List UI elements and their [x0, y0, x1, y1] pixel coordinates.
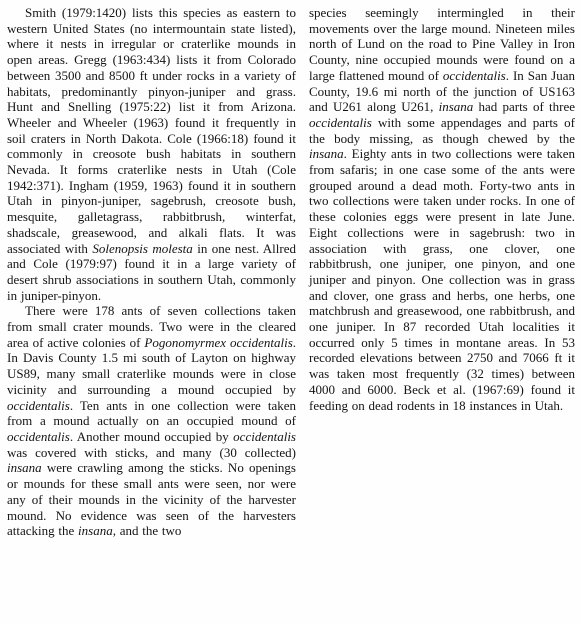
species-name-italic: insana [7, 460, 42, 475]
paragraph: There were 178 ants of seven collections… [7, 303, 296, 539]
text-column-left: Smith (1979:1420) lists this species as … [7, 5, 296, 625]
text-run: . Eighty ants in two collections were ta… [309, 146, 575, 412]
text-run: . Another mound occupied by [70, 429, 233, 444]
species-name-italic: insana [439, 99, 474, 114]
species-name-italic: occidentalis [7, 398, 70, 413]
text-run: had parts of three [473, 99, 575, 114]
species-name-italic: Pogonomyrmex occidentalis [144, 335, 292, 350]
document-page: Smith (1979:1420) lists this species as … [0, 0, 580, 625]
species-name-italic: Solenopsis molesta [92, 241, 192, 256]
text-run: , and the two [113, 523, 182, 538]
species-name-italic: occidentalis [443, 68, 506, 83]
text-run: was covered with sticks, and many (30 co… [7, 445, 296, 460]
text-run: Smith (1979:1420) lists this species as … [7, 5, 296, 256]
species-name-italic: insana [309, 146, 344, 161]
paragraph-continuation: species seemingly intermingled in their … [309, 5, 575, 413]
species-name-italic: occidentalis [233, 429, 296, 444]
species-name-italic: insana [78, 523, 113, 538]
text-column-right: species seemingly intermingled in their … [309, 5, 575, 625]
species-name-italic: occidentalis [309, 115, 372, 130]
paragraph: Smith (1979:1420) lists this species as … [7, 5, 296, 303]
species-name-italic: occidentalis [7, 429, 70, 444]
